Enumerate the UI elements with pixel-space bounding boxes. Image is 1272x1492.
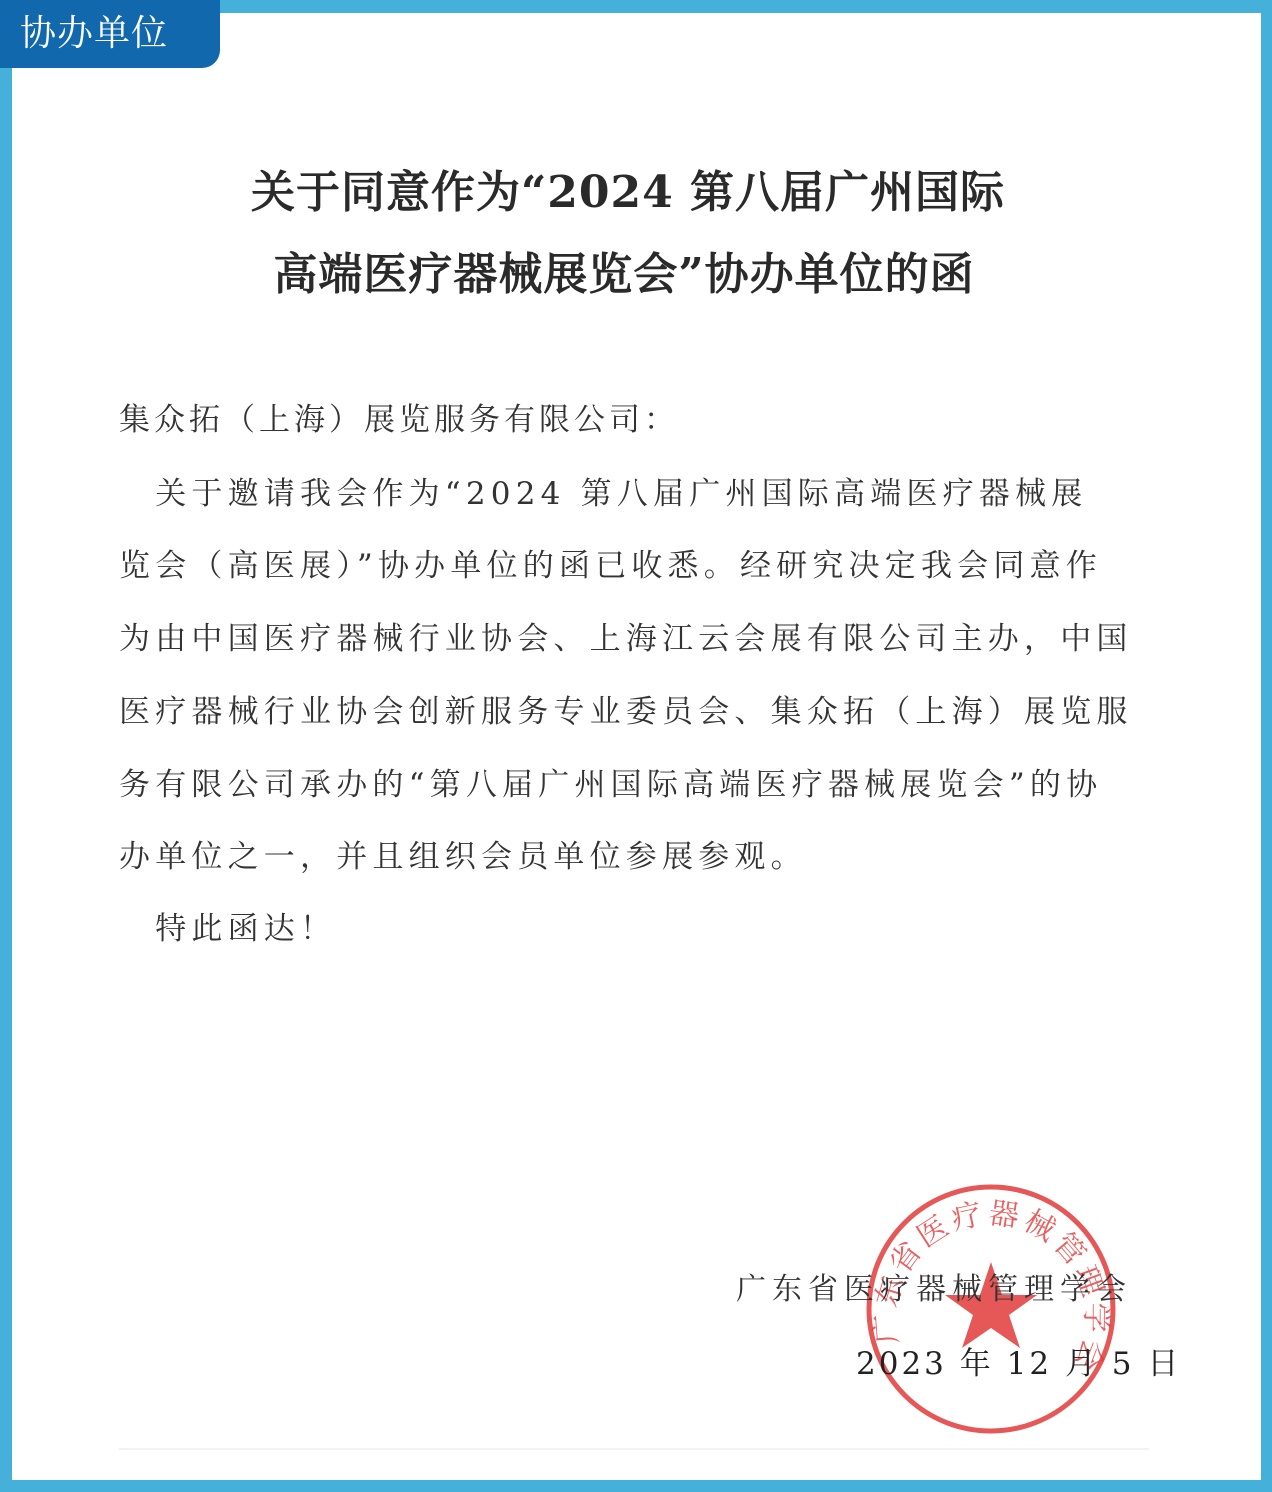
letter-body-line: 医疗器械行业协会创新服务专业委员会、集众拓（上海）展览服 bbox=[119, 686, 1133, 731]
signature-organization: 广东省医疗器械管理学会 bbox=[736, 1264, 1132, 1308]
scan-artifact-line bbox=[119, 1448, 1149, 1450]
section-tab: 协办单位 bbox=[0, 0, 220, 68]
letter-title-line-2: 高端医疗器械展览会”协办单位的函 bbox=[0, 238, 1260, 302]
official-seal-stamp: 广东省医疗器械管理学会 bbox=[864, 1182, 1118, 1436]
signature-date: 2023 年 12 月 5 日 bbox=[856, 1338, 1181, 1383]
letter-body-line: 为由中国医疗器械行业协会、上海江云会展有限公司主办，中国 bbox=[119, 613, 1133, 658]
letter-body-line: 务有限公司承办的“第八届广州国际高端医疗器械展览会”的协 bbox=[119, 759, 1102, 804]
letter-body-line: 关于邀请我会作为“2024 第八届广州国际高端医疗器械展 bbox=[119, 468, 1087, 513]
letter-closing: 特此函达！ bbox=[119, 903, 336, 948]
letter-body-line: 览会（高医展）”协办单位的函已收悉。经研究决定我会同意作 bbox=[119, 540, 1102, 585]
letter-body-line: 办单位之一，并且组织会员单位参展参观。 bbox=[119, 831, 807, 876]
letter-greeting: 集众拓（上海）展览服务有限公司： bbox=[119, 394, 679, 439]
letter-title-line-1: 关于同意作为“2024 第八届广州国际 bbox=[0, 156, 1264, 220]
